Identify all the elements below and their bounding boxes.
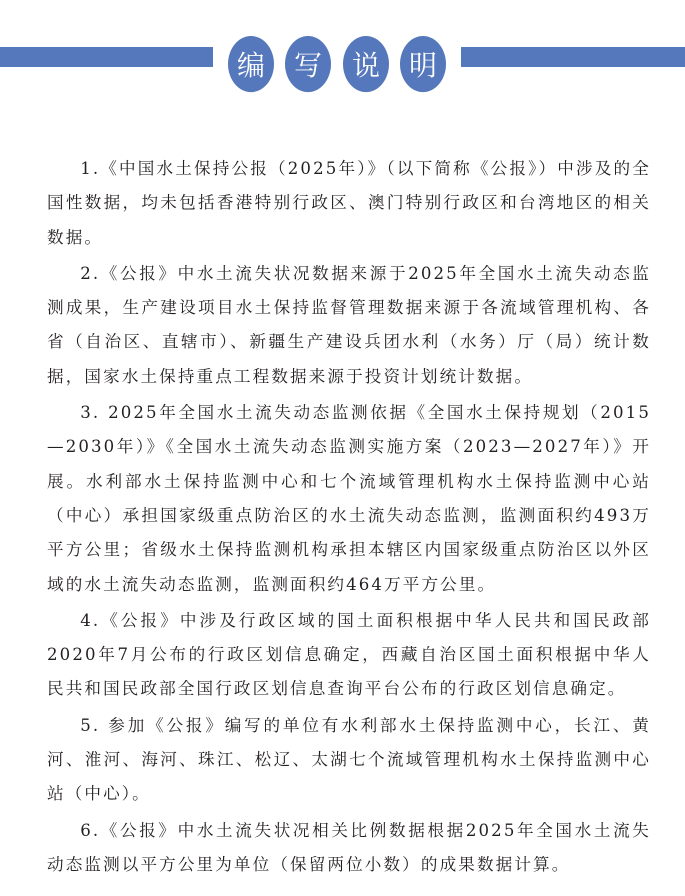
note-paragraph-4: 4.《公报》中涉及行政区域的国土面积根据中华人民共和国民政部2020年7月公布的… (47, 604, 651, 707)
header-bar-left (0, 47, 213, 67)
title-char-circle: 写 (285, 36, 331, 92)
header-bar-right (461, 47, 685, 67)
note-paragraph-2: 2.《公报》中水土流失状况数据来源于2025年全国水土流失动态监测成果，生产建设… (47, 257, 651, 394)
title-char-circle: 编 (228, 36, 274, 92)
section-header: 编 写 说 明 (0, 0, 685, 120)
note-paragraph-3: 3. 2025年全国水土流失动态监测依据《全国水土保持规划（2015—2030年… (47, 396, 651, 602)
title-char: 明 (409, 44, 437, 84)
note-paragraph-6: 6.《公报》中水土流失状况相关比例数据根据2025年全国水土流失动态监测以平方公… (47, 814, 651, 883)
notes-body: 1.《中国水土保持公报（2025年）》（以下简称《公报》）中涉及的全国性数据，均… (47, 152, 651, 884)
note-paragraph-1: 1.《中国水土保持公报（2025年）》（以下简称《公报》）中涉及的全国性数据，均… (47, 152, 651, 255)
title-char: 编 (237, 44, 265, 84)
note-paragraph-5: 5. 参加《公报》编写的单位有水利部水土保持监测中心，长江、黄河、淮河、海河、珠… (47, 709, 651, 812)
title-char: 说 (352, 44, 380, 84)
title-char-circle: 明 (400, 36, 446, 92)
title-char-circle: 说 (343, 36, 389, 92)
title-char: 写 (294, 44, 322, 84)
